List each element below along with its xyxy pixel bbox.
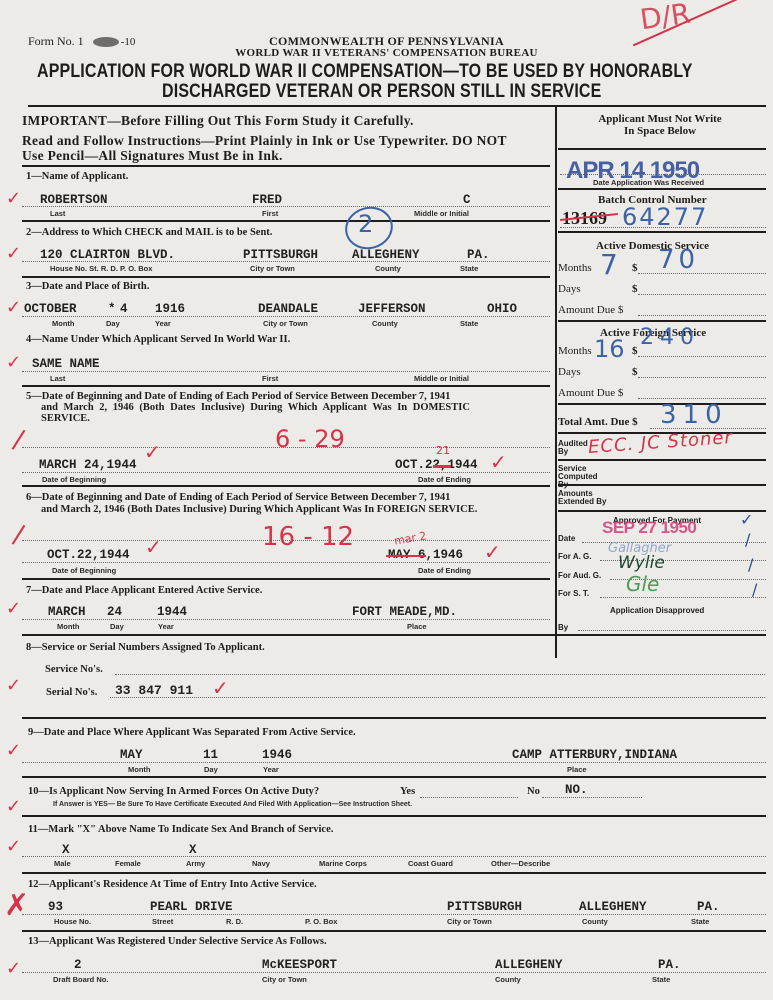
q9-label-place: Place [567,765,587,774]
q7-year[interactable]: 1944 [157,605,187,619]
for-st-signature: Gle [626,572,659,596]
check-mark-icon: ✓ [6,836,21,857]
q5-handwritten-duration: 6 - 29 [275,425,345,453]
top-rule [28,105,766,107]
q13-label-state: State [652,975,670,984]
q3-day-overstrike: * [108,302,116,316]
q6-begin-date[interactable]: OCT.22,1944 [47,548,130,562]
q12-city[interactable]: PITTSBURGH [447,900,522,914]
dotted-line [22,472,550,473]
total-amount-label: Total Amt. Due $ [558,416,638,428]
q5-begin-date[interactable]: MARCH 24,1944 [39,458,137,472]
check-mark-icon: ✓ [6,740,21,761]
q6-end-correction: mar 2 [393,529,427,547]
q6-label-begin: Date of Beginning [52,566,116,575]
q12-label-state: State [691,917,709,926]
dotted-line [22,914,766,915]
q9-label-day: Day [204,765,218,774]
dollar-sign: $ [632,345,638,357]
dotted-line [22,972,766,973]
rule [558,510,766,512]
check-mark-icon: ✓ [6,188,21,209]
q8-service-label: Service No's. [45,664,103,675]
q11-mark-male[interactable]: X [62,843,70,857]
office-heading-l1: Applicant Must Not Write [560,113,760,125]
q10-note: If Answer is YES— Be Sure To Have Certif… [53,801,412,808]
check-mark-icon: ✓ [6,675,21,696]
for-aud-label: For Aud. G. [558,572,601,580]
q11-option-male[interactable]: Male [54,859,71,868]
q1-label-first: First [262,209,278,218]
q11-option-army[interactable]: Army [186,859,205,868]
q13-question: 13—Applicant Was Registered Under Select… [28,936,327,947]
q3-question: 3—Date and Place of Birth. [26,281,149,292]
foreign-amount-due-label: Amount Due $ [558,387,623,399]
q2-question: 2—Address to Which CHECK and MAIL is to … [26,227,272,238]
total-amount-value: 310 [660,400,728,430]
q10-no-label: No [527,786,540,797]
q3-label-year: Year [155,319,171,328]
rule [22,578,550,580]
q3-month[interactable]: OCTOBER [24,302,77,316]
q13-label-board: Draft Board No. [53,975,108,984]
domestic-months-value: 7 [600,248,618,281]
dotted-line [560,227,766,228]
dotted-line [638,398,766,399]
rule [22,872,766,874]
q5-question-l2: and March 2, 1946 (Both Dates Inclusive)… [41,402,470,413]
rule [22,930,766,932]
check-mark-icon: / [752,580,757,599]
q3-year[interactable]: 1916 [155,302,185,316]
q13-label-city: City or Town [262,975,307,984]
q11-option-navy[interactable]: Navy [252,859,270,868]
domestic-months-label: Months [558,262,592,274]
q12-label-rd: R. D. [226,917,243,926]
rule [558,320,766,322]
q5-end-correction: 21 [436,444,450,457]
domestic-amount-due-label: Amount Due $ [558,304,623,316]
q10-yes-label: Yes [400,786,415,797]
dollar-sign: $ [632,262,638,274]
check-mark-icon: ✓ [740,510,753,529]
q3-day[interactable]: 4 [120,302,128,316]
q4-label-first: First [262,374,278,383]
q1-question: 1—Name of Applicant. [26,171,128,182]
check-mark-icon: / [748,555,753,574]
rule [558,148,766,150]
rule [22,276,550,278]
q12-house[interactable]: 93 [48,900,63,914]
q1-first-name[interactable]: FRED [252,193,282,207]
q6-handwritten-duration: 16 - 12 [262,522,354,552]
dotted-line [638,315,766,316]
domestic-days-label: Days [558,283,581,295]
column-divider [555,105,557,658]
q2-label-county: County [375,264,401,273]
dotted-line [22,261,550,262]
q7-label-month: Month [57,622,80,631]
instructions-important: IMPORTANT—Before Filling Out This Form S… [22,113,414,129]
q11-mark-army[interactable]: X [189,843,197,857]
q11-option-coast-guard[interactable]: Coast Guard [408,859,453,868]
check-mark-icon: ✓ [145,535,162,559]
dotted-line [560,174,766,175]
audited-by-label: Audited By [558,440,584,456]
rule [22,634,766,636]
rule [22,220,550,222]
foreign-days-label: Days [558,366,581,378]
dotted-line [22,856,766,857]
q3-label-county: County [372,319,398,328]
rule [558,188,766,190]
q5-question-l3: SERVICE. [41,413,90,424]
dotted-line [22,762,766,763]
dotted-line [22,447,550,448]
q13-state[interactable]: PA. [658,958,681,972]
q2-label-state: State [460,264,478,273]
check-mark-icon: ✓ [6,352,21,373]
q3-label-month: Month [52,319,75,328]
q12-state[interactable]: PA. [697,900,720,914]
bureau-heading: WORLD WAR II VETERANS' COMPENSATION BURE… [0,47,773,59]
q2-city[interactable]: PITTSBURGH [243,248,318,262]
q3-state[interactable]: OHIO [487,302,517,316]
domestic-months-amount: 70 [658,245,699,275]
q4-label-middle: Middle or Initial [414,374,469,383]
q9-question: 9—Date and Place Where Applicant Was Sep… [28,727,356,738]
q1-label-middle: Middle or Initial [414,209,469,218]
instructions-line3: Use Pencil—All Signatures Must Be in Ink… [22,148,283,164]
q3-city[interactable]: DEANDALE [258,302,318,316]
check-mark-icon: ✓ [212,676,229,700]
q10-no-value[interactable]: NO. [565,783,588,797]
rule [22,385,550,387]
q7-question: 7—Date and Place Applicant Entered Activ… [26,585,262,596]
check-mark-icon: ✓ [490,450,507,474]
q5-label-end: Date of Ending [418,475,471,484]
dotted-line [110,697,765,698]
disapproved-by-field[interactable] [578,630,766,631]
dotted-line [638,377,766,378]
q12-label-house: House No. [54,917,91,926]
q13-county[interactable]: ALLEGHENY [495,958,563,972]
check-mark-icon: / [10,424,26,455]
q13-label-county: County [495,975,521,984]
q9-label-month: Month [128,765,151,774]
q6-question-l1: 6—Date of Beginning and Date of Ending o… [26,492,450,503]
for-ag-label: For A. G. [558,553,591,561]
dollar-sign: $ [632,283,638,295]
rule [22,815,766,817]
q9-year[interactable]: 1946 [262,748,292,762]
rule [558,231,766,233]
q7-label-place: Place [407,622,427,631]
dotted-line [22,206,550,207]
q6-end-strike [386,555,426,557]
q11-option-other[interactable]: Other—Describe [491,859,550,868]
q12-label-po-box: P. O. Box [305,917,337,926]
q5-end-strike [433,465,451,468]
q3-label-city: City or Town [263,319,308,328]
for-aud-signature: Wylie [618,553,665,573]
q13-board[interactable]: 2 [74,958,82,972]
q10-question: 10—Is Applicant Now Serving In Armed For… [28,786,319,797]
disapproved-heading: Application Disapproved [610,607,704,615]
q7-label-day: Day [110,622,124,631]
q5-label-begin: Date of Beginning [42,475,106,484]
q12-label-street: Street [152,917,173,926]
q1-last-name[interactable]: ROBERTSON [40,193,108,207]
q2-street[interactable]: 120 CLAIRTON BLVD. [40,248,175,262]
check-mark-icon: ✓ [484,540,501,564]
dotted-line [638,356,766,357]
dotted-line [22,371,550,372]
q1-label-last: Last [50,209,65,218]
for-st-label: For S. T. [558,590,589,598]
dotted-line [542,797,642,798]
office-heading-l2: In Space Below [560,125,760,137]
q12-county[interactable]: ALLEGHENY [579,900,647,914]
q9-place[interactable]: CAMP ATTERBURY,INDIANA [512,748,677,762]
rule [22,776,766,778]
q3-label-state: State [460,319,478,328]
q2-state[interactable]: PA. [467,248,490,262]
q13-city[interactable]: McKEESPORT [262,958,337,972]
check-mark-icon: ✓ [6,796,21,817]
q6-label-end: Date of Ending [418,566,471,575]
check-mark-icon: ✓ [144,440,161,464]
check-mark-icon: ✓ [6,598,21,619]
q9-label-year: Year [263,765,279,774]
q4-label-last: Last [50,374,65,383]
dotted-line [22,562,550,563]
q9-month[interactable]: MAY [120,748,143,762]
disapproved-by-label: By [558,624,568,632]
q1-middle-initial[interactable]: C [463,193,471,207]
q12-question: 12—Applicant's Residence At Time of Entr… [28,879,317,890]
date-received-label: Date Application Was Received [593,178,704,187]
dollar-sign: $ [632,366,638,378]
q7-label-year: Year [158,622,174,631]
q3-label-day: Day [106,319,120,328]
instructions-line2: Read and Follow Instructions—Print Plain… [22,133,507,149]
approved-date-stamp: SEP 27 1950 [602,518,696,538]
form-title-line2: DISCHARGED VETERAN OR PERSON STILL IN SE… [162,80,601,103]
q3-county[interactable]: JEFFERSON [358,302,426,316]
check-mark-icon: / [745,530,750,549]
foreign-months-label: Months [558,345,592,357]
dotted-line [22,540,550,541]
amounts-extended-label: Amounts Extended By [558,490,610,506]
q8-serial-label: Serial No's. [46,687,97,698]
q8-question: 8—Service or Serial Numbers Assigned To … [26,642,265,653]
q7-place[interactable]: FORT MEADE,MD. [352,605,457,619]
check-mark-icon: ✓ [6,297,21,318]
q8-serial-value[interactable]: 33 847 911 [115,683,193,698]
q11-question: 11—Mark "X" Above Name To Indicate Sex A… [28,824,333,835]
dotted-line [22,316,550,317]
q12-label-county: County [582,917,608,926]
approved-date-label: Date [558,535,575,543]
q2-label-street: House No. St. R. D. P. O. Box [50,264,152,273]
q11-option-female[interactable]: Female [115,859,141,868]
dotted-line [22,619,550,620]
q8-service-field[interactable] [115,674,765,675]
q4-name[interactable]: SAME NAME [32,357,100,371]
q12-label-city: City or Town [447,917,492,926]
check-mark-icon: / [10,519,26,550]
x-mark-icon: ✗ [4,888,29,923]
rule [558,459,766,461]
q10-yes-field[interactable] [420,797,518,798]
rule [22,485,550,487]
rule [22,165,550,167]
q2-county[interactable]: ALLEGHENY [352,248,420,262]
rule [22,717,766,719]
circled-number-value: 2 [358,210,373,238]
check-mark-icon: ✓ [6,958,21,979]
q2-label-city: City or Town [250,264,295,273]
q7-month[interactable]: MARCH [48,605,86,619]
q5-question-l1: 5—Date of Beginning and Date of Ending o… [26,391,450,402]
dotted-line [600,597,766,598]
q9-day[interactable]: 11 [203,748,218,762]
q7-day[interactable]: 24 [107,605,122,619]
foreign-months-value: 16 [594,335,625,363]
q6-question-l2: and March 2, 1946 (Both Dates Inclusive)… [41,504,477,515]
dotted-line [638,294,766,295]
q11-option-marine-corps[interactable]: Marine Corps [319,859,367,868]
q12-street[interactable]: PEARL DRIVE [150,900,233,914]
rule [558,484,766,486]
check-mark-icon: ✓ [6,243,21,264]
audited-by-text: Audited By [558,440,584,456]
q4-question: 4—Name Under Which Applicant Served In W… [26,334,290,345]
foreign-months-amount: 240 [640,325,700,350]
